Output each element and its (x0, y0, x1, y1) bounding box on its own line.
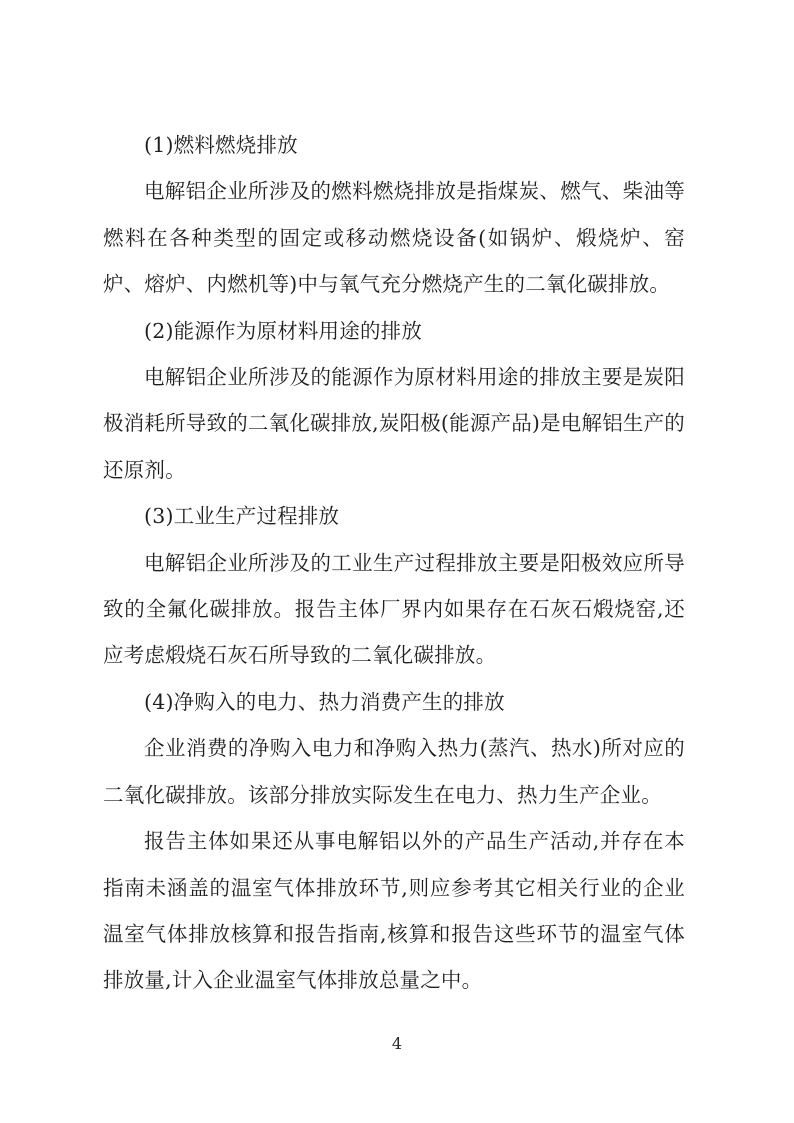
page-footer: 4 (0, 1032, 794, 1056)
paragraph-industrial-process: 电解铝企业所涉及的工业生产过程排放主要是阳极效应所导致的全氟化碳排放。报告主体厂… (103, 540, 685, 679)
document-page: (1)燃料燃烧排放 电解铝企业所涉及的燃料燃烧排放是指煤炭、燃气、柴油等燃料在各… (0, 0, 794, 1123)
document-body: (1)燃料燃烧排放 电解铝企业所涉及的燃料燃烧排放是指煤炭、燃气、柴油等燃料在各… (103, 122, 685, 1004)
paragraph-energy-as-raw-material: 电解铝企业所涉及的能源作为原材料用途的排放主要是炭阳极消耗所导致的二氧化碳排放,… (103, 354, 685, 493)
paragraph-fuel-combustion: 电解铝企业所涉及的燃料燃烧排放是指煤炭、燃气、柴油等燃料在各种类型的固定或移动燃… (103, 168, 685, 307)
section-heading-industrial-process: (3)工业生产过程排放 (103, 493, 685, 539)
page-number: 4 (392, 1034, 402, 1053)
section-heading-energy-as-raw-material: (2)能源作为原材料用途的排放 (103, 308, 685, 354)
paragraph-other-production-activities: 报告主体如果还从事电解铝以外的产品生产活动,并存在本指南未涵盖的温室气体排放环节… (103, 818, 685, 1004)
section-heading-fuel-combustion: (1)燃料燃烧排放 (103, 122, 685, 168)
section-heading-purchased-electricity-heat: (4)净购入的电力、热力消费产生的排放 (103, 679, 685, 725)
paragraph-purchased-electricity-heat: 企业消费的净购入电力和净购入热力(蒸汽、热水)所对应的二氧化碳排放。该部分排放实… (103, 725, 685, 818)
